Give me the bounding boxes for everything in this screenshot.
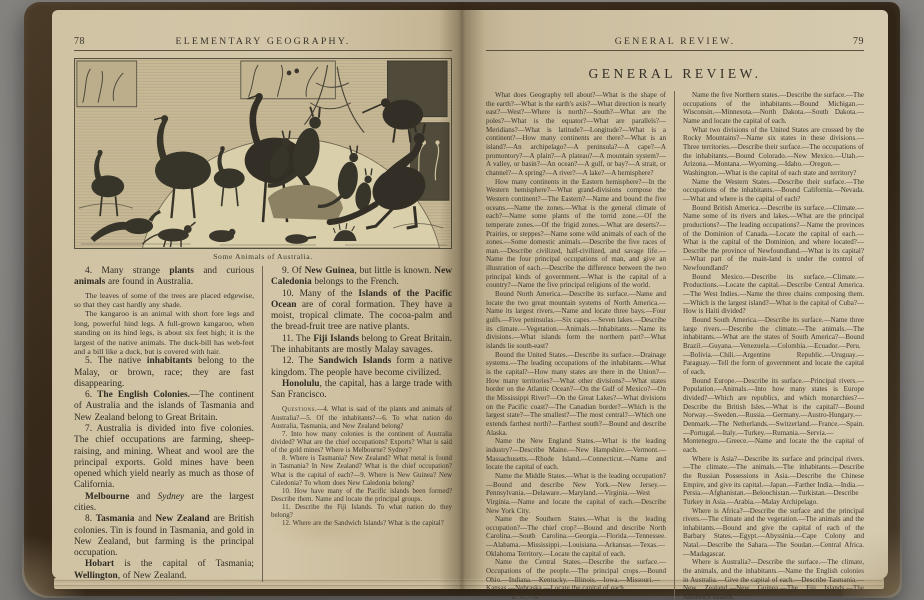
- paragraph: How many continents in the Eastern hemis…: [486, 178, 666, 291]
- paragraph: 9. Of New Guinea, but little is known. N…: [271, 266, 452, 289]
- header-rule-right: [486, 50, 864, 51]
- paragraph: Bound British America.—Describe its surf…: [683, 204, 864, 273]
- left-page-column-1: 4. Many strange plants and curious anima…: [74, 266, 263, 582]
- photo-background: 78 ELEMENTARY GEOGRAPHY.: [0, 0, 924, 600]
- illustration-caption: Some Animals of Australia.: [74, 252, 452, 261]
- paragraph: 12. Where are the Sandwich Islands? What…: [271, 520, 452, 528]
- australia-animals-engraving: [74, 58, 452, 249]
- left-page-column-2: 9. Of New Guinea, but little is known. N…: [263, 266, 452, 528]
- paragraph: The kangaroo is an animal with short for…: [74, 309, 254, 356]
- right-page-column-1: What does Geography tell about?—What is …: [486, 91, 675, 600]
- left-page-columns: 4. Many strange plants and curious anima…: [74, 266, 452, 582]
- paragraph: Where is Asia?—Describe its surface and …: [683, 455, 864, 507]
- paragraph: What does Geography tell about?—What is …: [486, 91, 666, 178]
- running-head-left: ELEMENTARY GEOGRAPHY.: [108, 36, 418, 47]
- paragraph: Where is Australia?—Describe the surface…: [683, 558, 864, 600]
- paragraph: 8. Tasmania and New Zealand are British …: [74, 514, 254, 559]
- paragraph: 8. Where is Tasmania? New Zealand? What …: [271, 455, 452, 488]
- right-col1-paragraphs: What does Geography tell about?—What is …: [486, 91, 666, 593]
- paragraph: Name the Western States.—Describe their …: [683, 178, 864, 204]
- left-page: 78 ELEMENTARY GEOGRAPHY.: [52, 10, 470, 579]
- paragraph: Name the Southern States.—What is the le…: [486, 515, 666, 558]
- paragraph: Bound Mexico.—Describe its surface.—Clim…: [683, 273, 864, 316]
- page-number-right: 79: [830, 36, 864, 47]
- paragraph: Bound South America.—Describe its surfac…: [683, 316, 864, 377]
- paragraph: What two divisions of the United States …: [683, 126, 864, 178]
- paragraph: Name the Central States.—Describe the su…: [486, 558, 666, 593]
- paragraph: Name the New England States.—What is the…: [486, 437, 666, 472]
- paragraph: 7. Into how many colonies is the contine…: [271, 431, 452, 455]
- paragraph: 5. The native inhabitants belong to the …: [74, 356, 254, 390]
- paragraph: 6. The English Colonies.—The continent o…: [74, 390, 254, 424]
- section-title: GENERAL REVIEW.: [486, 66, 864, 82]
- paragraph: 4. Many strange plants and curious anima…: [74, 266, 254, 289]
- paragraph: Where is Africa?—Describe the surface an…: [683, 507, 864, 559]
- right-page: GENERAL REVIEW. 79 GENERAL REVIEW. What …: [470, 10, 888, 579]
- paragraph: Melbourne and Sydney are the largest cit…: [74, 492, 254, 515]
- engraving-svg: [75, 59, 451, 248]
- right-page-column-2: Name the five Northern states.—Describe …: [675, 91, 864, 600]
- page-number-left: 78: [74, 36, 108, 47]
- paragraph: 11. Describe the Fiji Islands. To what n…: [271, 504, 452, 520]
- open-book: 78 ELEMENTARY GEOGRAPHY.: [24, 2, 900, 596]
- paragraph: Bound the United States.—Describe its su…: [486, 351, 666, 438]
- paragraph: 10. How have many of the Pacific islands…: [271, 488, 452, 504]
- paragraph: Questions.—4. What is said of the plants…: [271, 406, 452, 430]
- running-head-right: GENERAL REVIEW.: [520, 36, 830, 47]
- printers-signature: E. G.—9.: [512, 594, 666, 600]
- paragraph: The leaves of some of the trees are plac…: [74, 291, 254, 310]
- paragraph: 10. Many of the Islands of the Pacific O…: [271, 289, 452, 334]
- inset-top-left: [77, 61, 137, 107]
- paragraph: 12. The Sandwich Islands form a native k…: [271, 356, 452, 379]
- paragraph: 7. Australia is divided into five coloni…: [74, 424, 254, 492]
- left-running-header: 78 ELEMENTARY GEOGRAPHY.: [74, 36, 452, 47]
- paragraph: Name the Middle States.—What is the lead…: [486, 472, 666, 515]
- paragraph: Hobart is the capital of Tasmania; Welli…: [74, 559, 254, 582]
- header-rule-left: [74, 50, 452, 51]
- right-running-header: GENERAL REVIEW. 79: [486, 36, 864, 47]
- paragraph: 11. The Fiji Islands belong to Great Bri…: [271, 334, 452, 357]
- paragraph: Bound Europe.—Describe its surface.—Prin…: [683, 377, 864, 455]
- paragraph: Honolulu, the capital, has a large trade…: [271, 379, 452, 402]
- paragraph: Bound North America.—Describe its surfac…: [486, 290, 666, 351]
- right-page-columns: What does Geography tell about?—What is …: [486, 91, 864, 600]
- paragraph: Name the five Northern states.—Describe …: [683, 91, 864, 126]
